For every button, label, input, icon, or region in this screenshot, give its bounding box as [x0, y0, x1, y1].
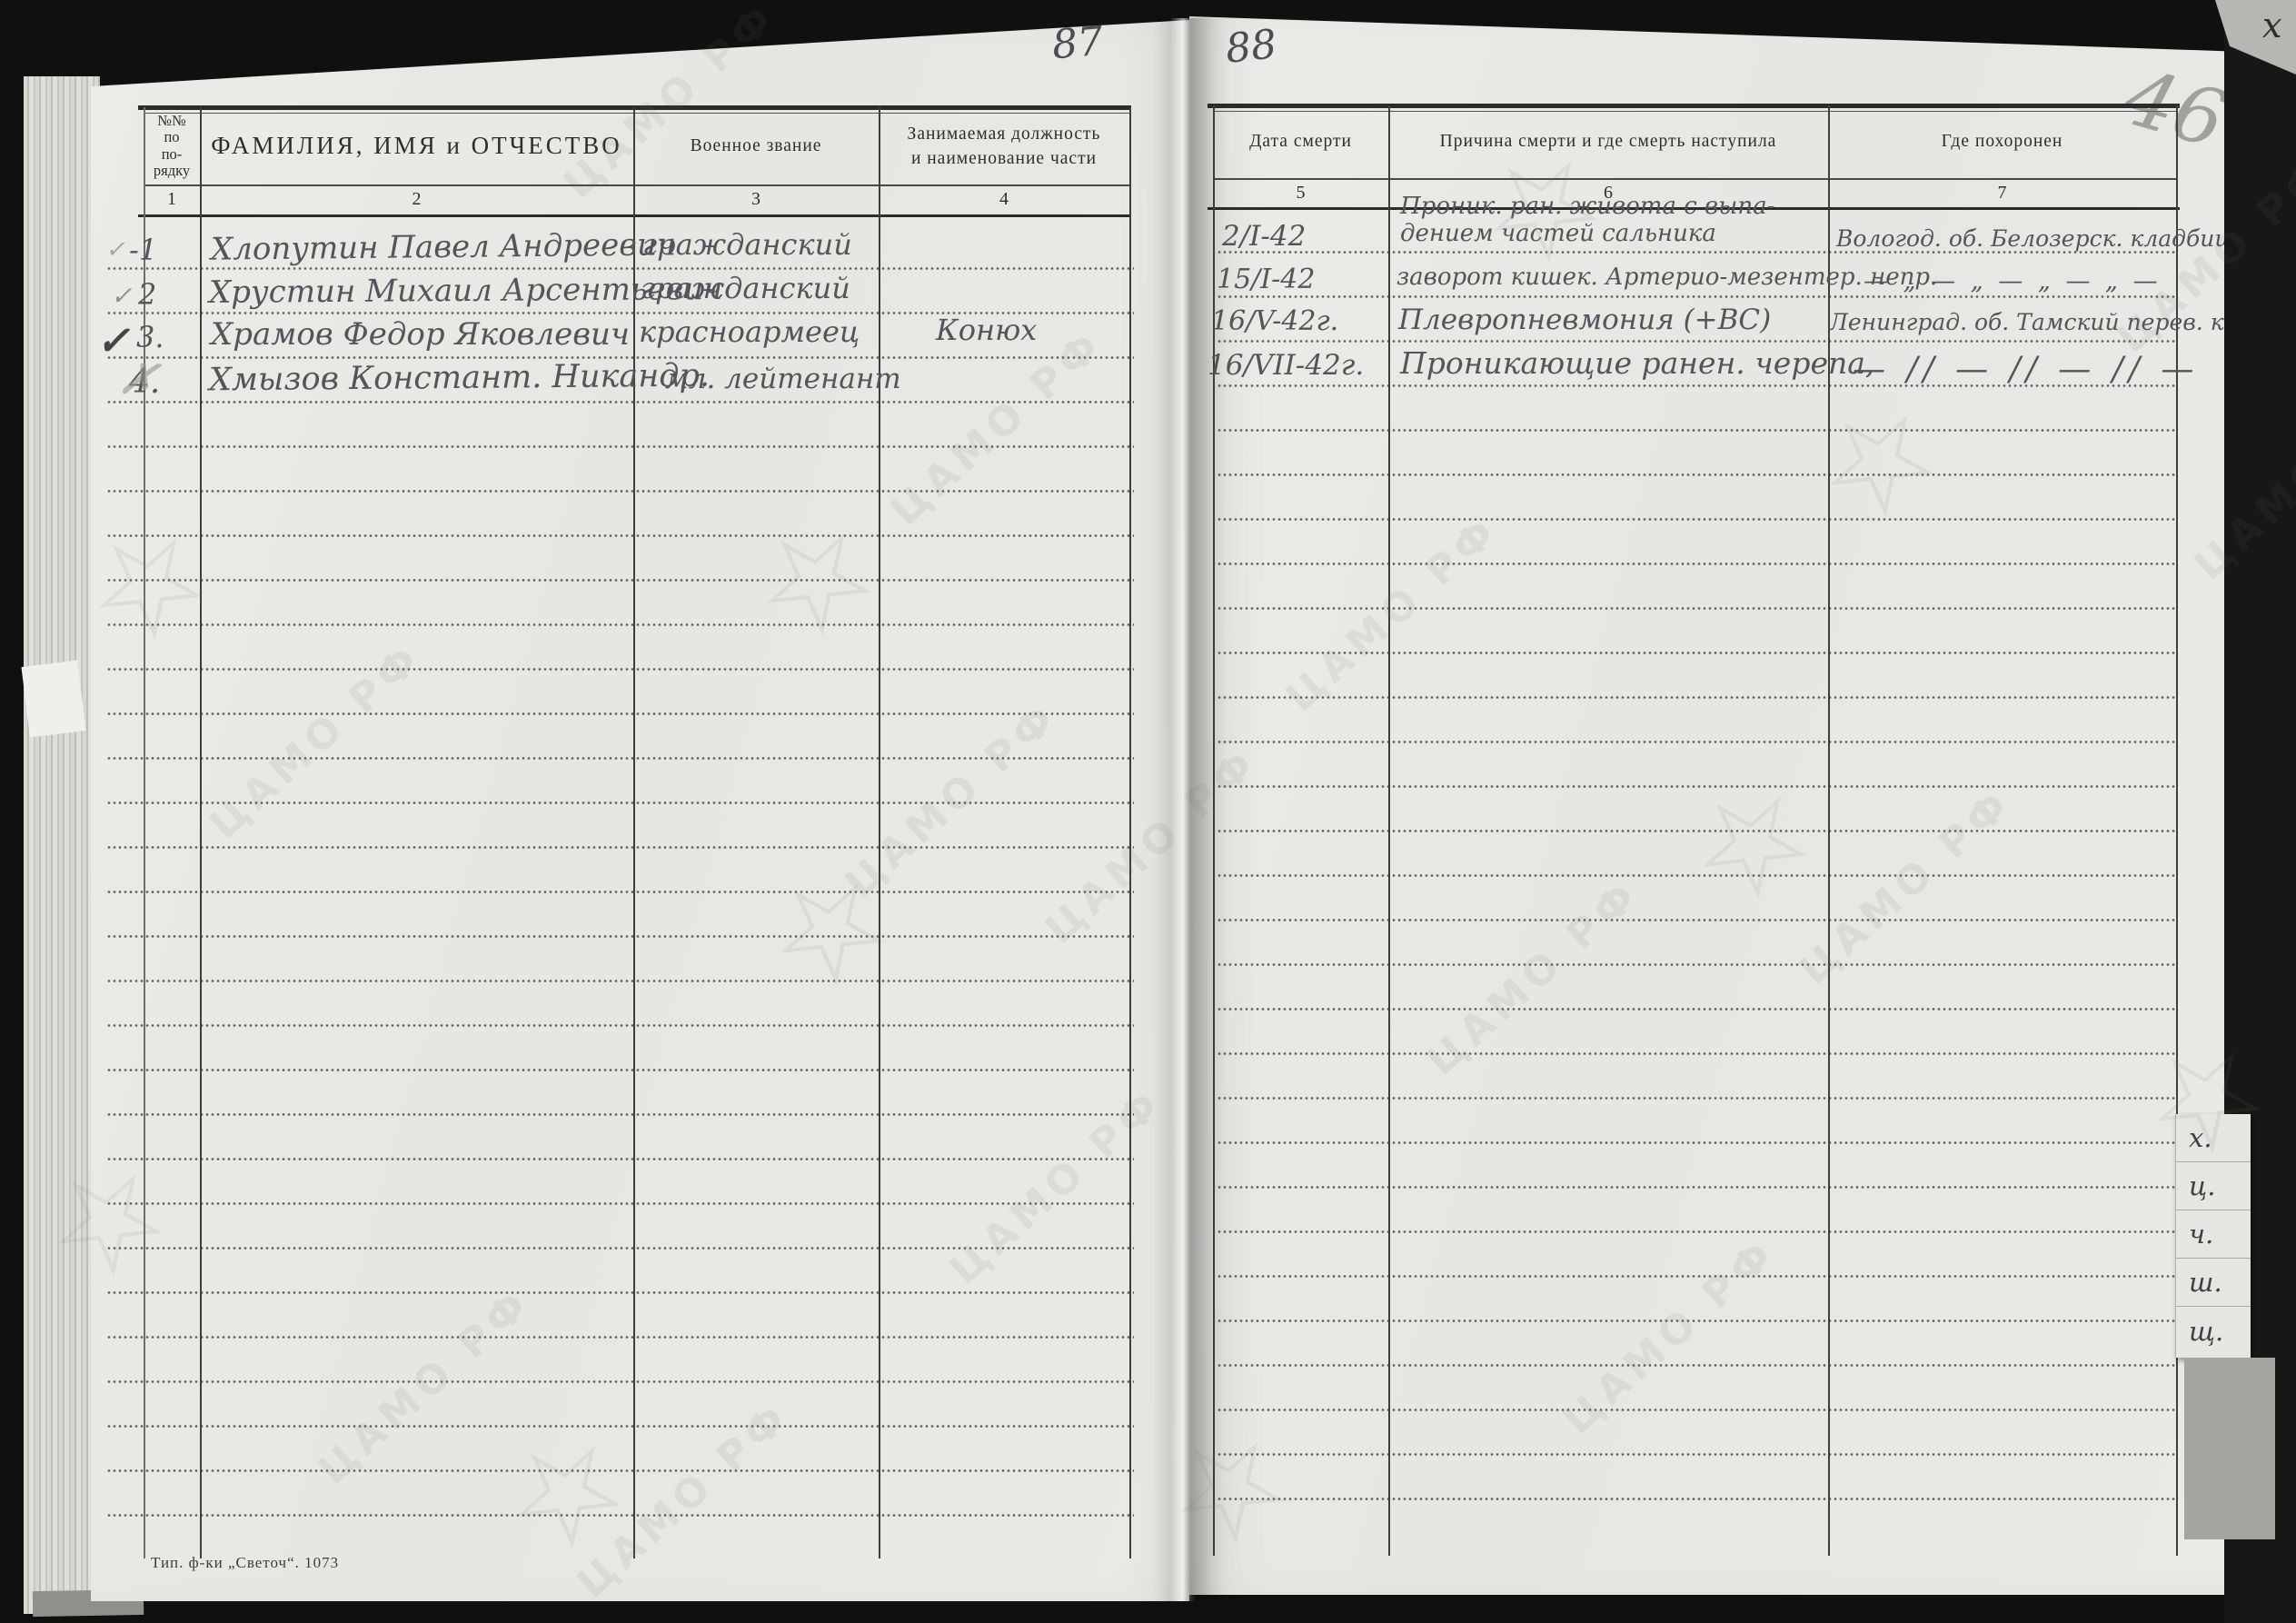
column-number: 5: [1213, 178, 1388, 207]
corner-index-letter: х: [2262, 5, 2281, 45]
entry-1-row-number: -1: [129, 233, 157, 267]
column-number: 2: [200, 184, 633, 214]
entry-2-checkmark: ✓: [111, 281, 132, 311]
entry-2-death-cause: заворот кишек. Артерио-мезентер. непр.: [1396, 264, 1937, 291]
entry-4-rank: мл. лейтенант: [665, 363, 901, 395]
column-header-name: ФАМИЛИЯ, ИМЯ и ОТЧЕСТВО: [200, 107, 633, 184]
entry-2-death-date: 15/I-42: [1217, 264, 1315, 295]
alphabet-tab: х.: [2176, 1114, 2251, 1162]
column-number: 1: [144, 184, 200, 214]
left-page: 87 №№ по по- рядку ФАМИЛИЯ, ИМЯ и ОТЧЕСТ…: [91, 20, 1189, 1601]
printer-imprint: Тип. ф-ки „Светоч“. 1073: [151, 1554, 339, 1572]
entry-1-death-cause: Проник. ран. живота с выпа- дением часте…: [1400, 193, 1774, 247]
entry-1-rank: гражданский: [642, 227, 852, 262]
column-number: 7: [1828, 178, 2176, 207]
entry-3-name: Храмов Федор Яковлевич: [211, 316, 630, 353]
alphabet-tab: ч.: [2176, 1210, 2251, 1259]
entry-3-burial-place: Ленинград. об. Тамский перев. клад.: [1829, 309, 2273, 335]
entry-2-burial-place: — „ — „ — „ — „ —: [1864, 267, 2162, 295]
entry-3-rank: красноармеец: [639, 314, 860, 349]
entry-1-name: Хлопутин Павел Андреевич: [211, 226, 677, 267]
column-header-position: Занимаемая должность и наименование част…: [879, 107, 1129, 184]
entry-4-name: Хмызов Констант. Никандр.: [209, 358, 710, 399]
column-number: 4: [879, 184, 1129, 214]
entry-4-death-cause: Проникающие ранен. черепа,: [1400, 345, 1874, 381]
column-header-death-cause: Причина смерти и где смерть наступила: [1388, 105, 1828, 178]
column-header-death-date: Дата смерти: [1213, 105, 1388, 178]
entry-1-checkmark: ✓: [105, 236, 125, 264]
column-header-burial-place: Где похоронен: [1828, 105, 2176, 178]
dotted-row-lines: [1217, 209, 2176, 1541]
alphabet-tab: ш.: [2176, 1259, 2251, 1307]
entry-3-death-cause: Плевропневмония (+ВС): [1398, 304, 1771, 336]
entry-3-position: Конюх: [936, 313, 1037, 347]
column-number: 3: [633, 184, 879, 214]
entry-1-burial-place: Вологод. об. Белозерск. кладбище.: [1836, 225, 2258, 252]
page-stack-edge: [24, 76, 100, 1614]
entry-3-row-number: 3.: [136, 320, 164, 354]
page-fold-corner: [21, 661, 85, 738]
entry-2-row-number: 2: [138, 277, 156, 312]
right-page: 88 46 Дата смерти Причина смерти и где с…: [1189, 16, 2224, 1595]
entry-4-burial-place: — // — // — // —: [1853, 351, 2199, 388]
entry-3-death-date: 16/V-42г.: [1211, 305, 1338, 337]
dotted-row-lines: [106, 225, 1134, 1558]
entry-4-death-date: 16/VII-42г.: [1208, 349, 1364, 382]
cover-edge-block: [2184, 1358, 2275, 1539]
alphabet-tab: ц.: [2176, 1162, 2251, 1210]
entry-4-pencil-cross: ✗: [114, 350, 162, 409]
page-number-right: 88: [1223, 21, 1278, 73]
page-number-left: 87: [1050, 18, 1105, 69]
entry-1-death-date: 2/I-42: [1222, 220, 1306, 253]
alphabet-tab-block: х. ц. ч. ш. щ.: [2175, 1114, 2251, 1358]
column-header-rank: Военное звание: [633, 107, 879, 184]
entry-2-rank: гражданский: [641, 271, 850, 305]
column-header-row-number: №№ по по- рядку: [144, 107, 200, 184]
scanned-register-spread: 87 №№ по по- рядку ФАМИЛИЯ, ИМЯ и ОТЧЕСТ…: [0, 0, 2296, 1623]
alphabet-tab: щ.: [2176, 1307, 2251, 1355]
